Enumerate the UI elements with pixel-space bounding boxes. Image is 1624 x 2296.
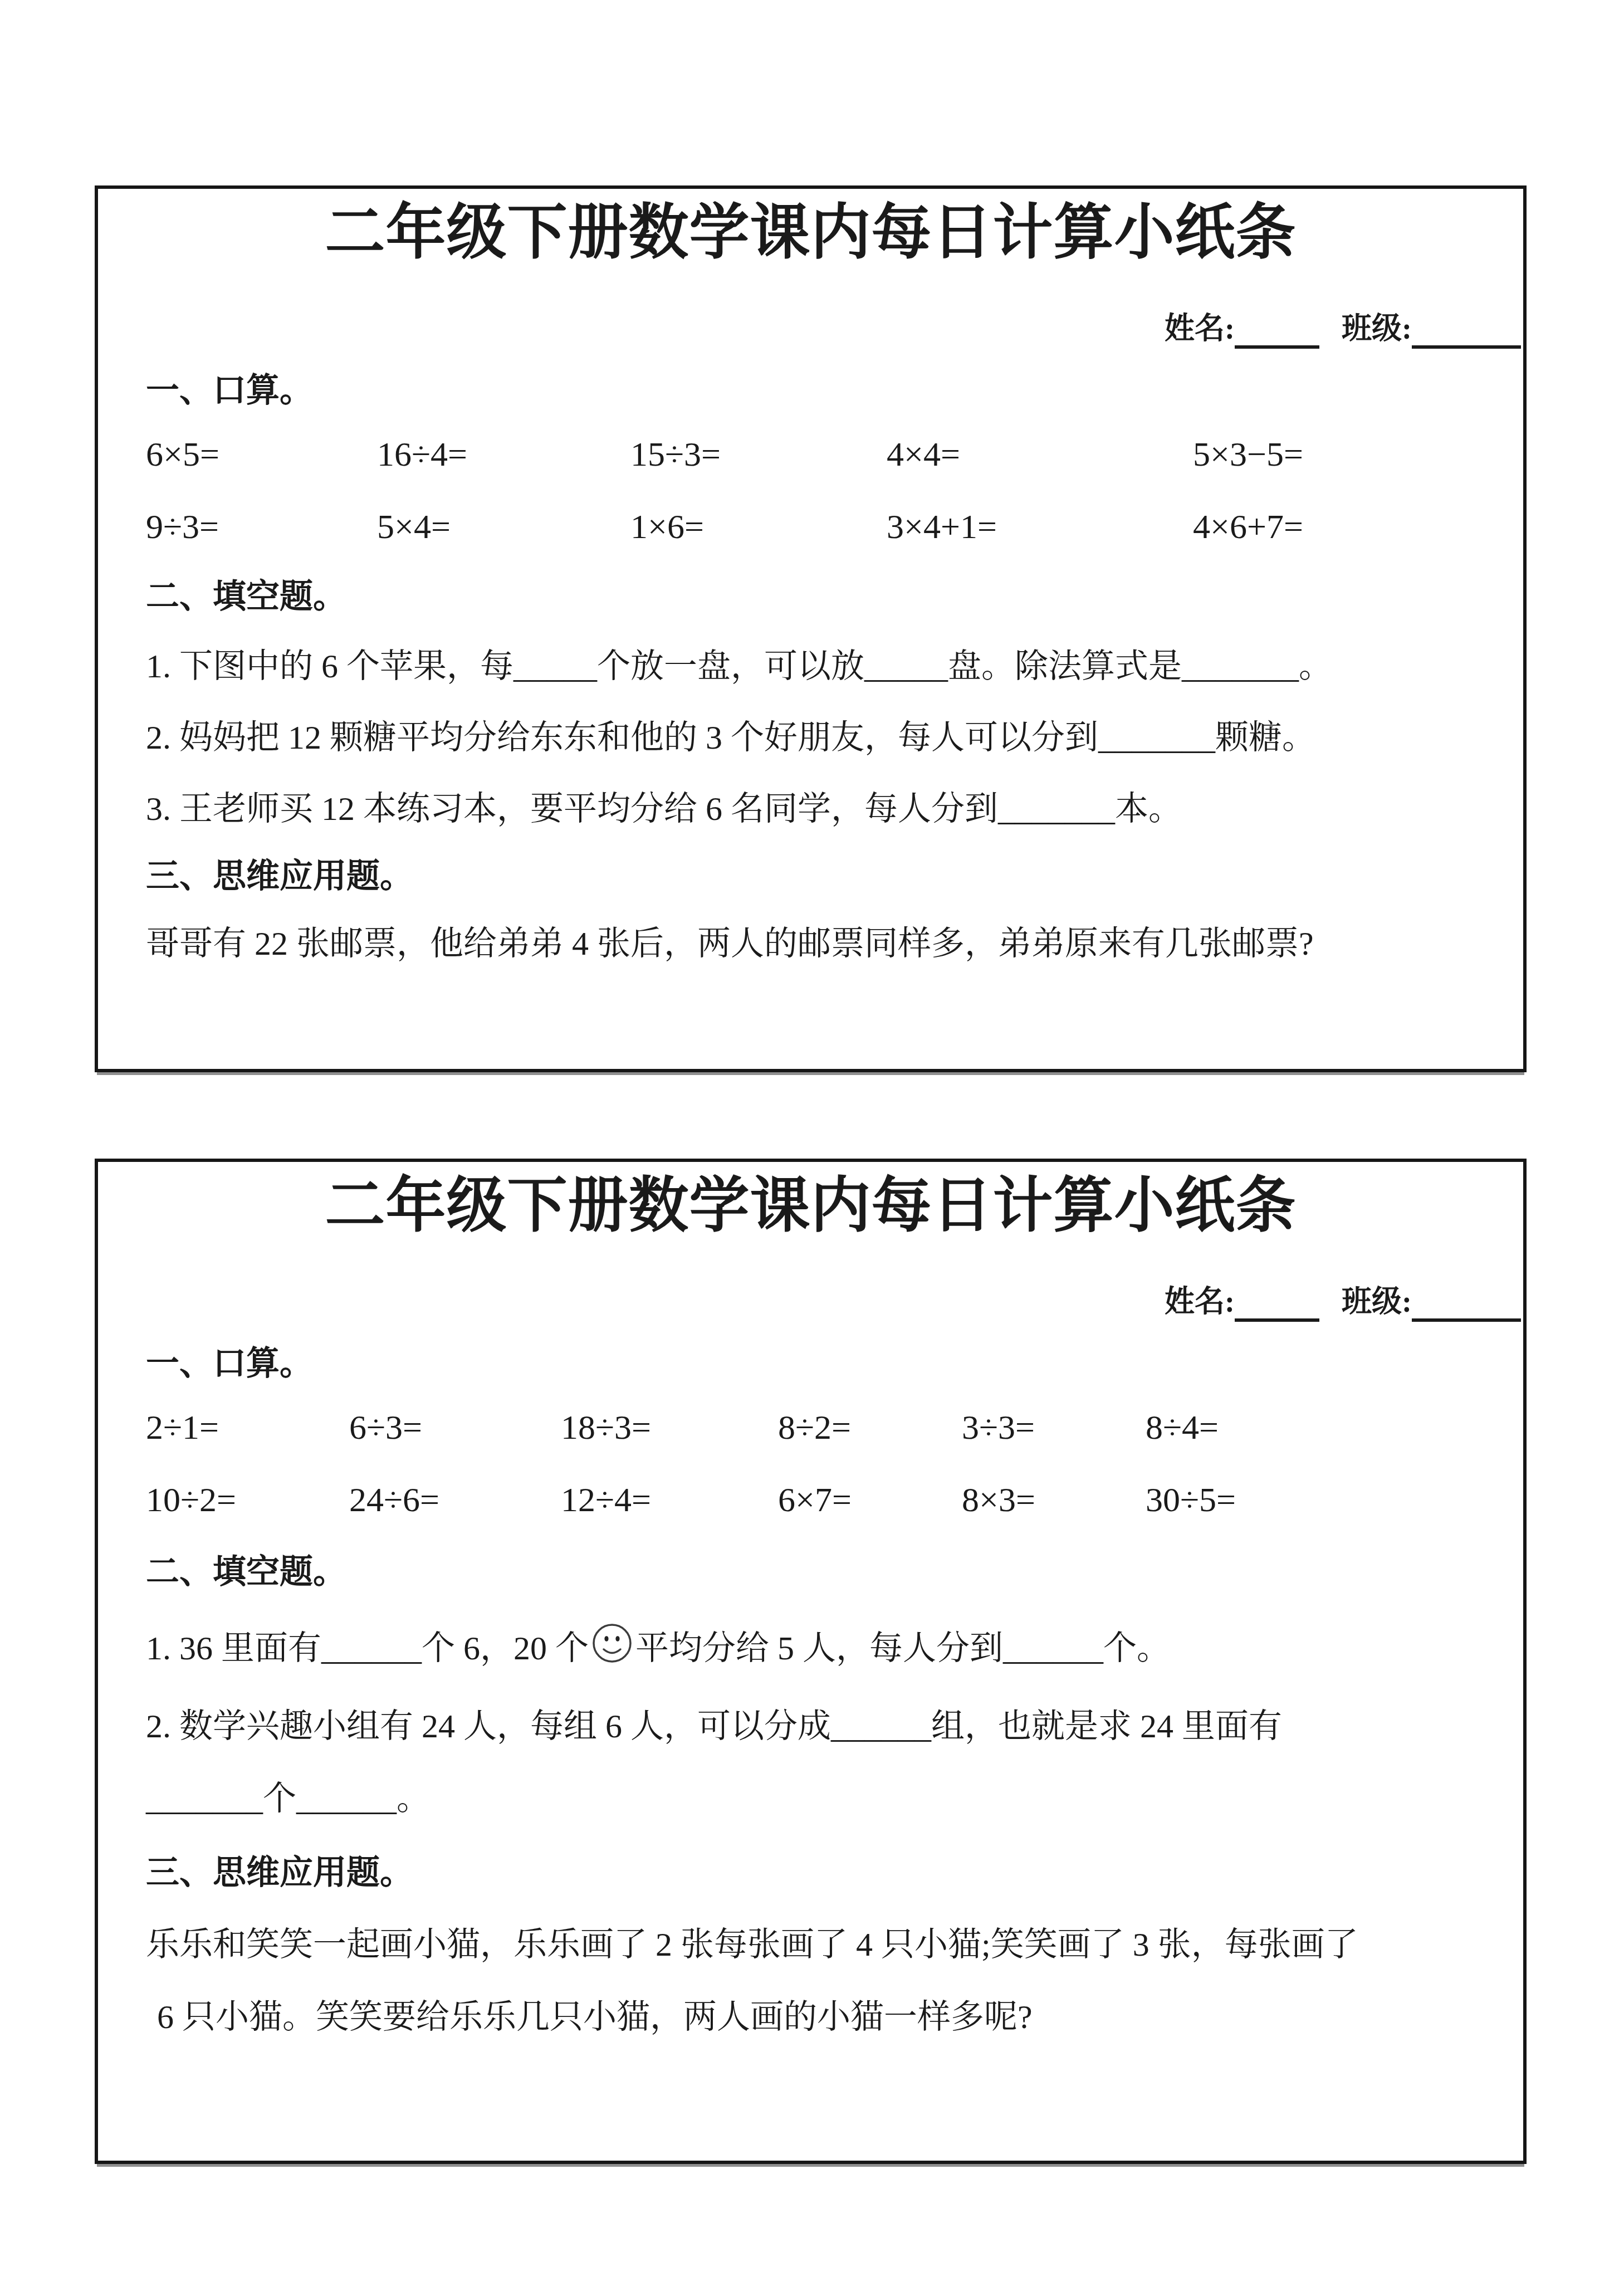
name-label: 姓名:: [1165, 1285, 1235, 1318]
worksheet-card-2: 二年级下册数学课内每日计算小纸条 姓名:班级: 一、口算。 2÷1= 6÷3= …: [95, 1159, 1527, 2164]
worksheet-card-1: 二年级下册数学课内每日计算小纸条 姓名:班级: 一、口算。 6×5= 16÷4=…: [95, 185, 1527, 1072]
oral-problems-row: 10÷2= 24÷6= 12÷4= 6×7= 8×3= 30÷5=: [146, 1481, 1475, 1519]
oral-problem: 1×6=: [630, 508, 887, 546]
name-blank-line: [1235, 1286, 1319, 1322]
student-info-row: 姓名:班级:: [146, 309, 1521, 349]
name-label: 姓名:: [1165, 312, 1235, 345]
oral-problem: 5×3−5=: [1193, 436, 1475, 473]
section-think-heading: 三、思维应用题。: [146, 858, 1475, 895]
fill-item-2: 2. 妈妈把 12 颗糖平均分给东东和他的 3 个好朋友，每人可以分到_____…: [146, 717, 1475, 758]
section-fill-heading: 二、填空题。: [146, 578, 1475, 615]
section-oral-heading: 一、口算。: [146, 372, 1475, 409]
oral-problem: 5×4=: [377, 508, 630, 546]
fill-item-1-text-before: 1. 36 里面有______个 6，20 个: [146, 1630, 589, 1667]
class-blank-line: [1412, 1286, 1521, 1322]
oral-problem: 4×6+7=: [1193, 508, 1475, 546]
oral-problem: 18÷3=: [561, 1409, 778, 1447]
fill-item-1-text-after: 平均分给 5 人，每人分到______个。: [635, 1630, 1170, 1667]
oral-problem: 8÷2=: [778, 1409, 962, 1447]
oral-problem: 6÷3=: [349, 1409, 561, 1447]
oral-problem: 3÷3=: [962, 1409, 1146, 1447]
oral-problem: 15÷3=: [630, 436, 887, 473]
oral-problem: 9÷3=: [146, 508, 377, 546]
think-problem-line-2: 6 只小猫。笑笑要给乐乐几只小猫，两人画的小猫一样多呢?: [146, 1997, 1475, 2037]
oral-problem: 4×4=: [887, 436, 1193, 473]
worksheet-title: 二年级下册数学课内每日计算小纸条: [146, 1172, 1475, 1241]
oral-problem: 10÷2=: [146, 1481, 349, 1519]
fill-item-1: 1. 36 里面有______个 6，20 个平均分给 5 人，每人分到____…: [146, 1628, 1475, 1668]
oral-problem: 24÷6=: [349, 1481, 561, 1519]
section-think-heading: 三、思维应用题。: [146, 1854, 1475, 1891]
worksheet-title: 二年级下册数学课内每日计算小纸条: [146, 199, 1475, 268]
section-fill-heading: 二、填空题。: [146, 1554, 1475, 1590]
oral-problem: 30÷5=: [1146, 1481, 1475, 1519]
oral-problems-row: 2÷1= 6÷3= 18÷3= 8÷2= 3÷3= 8÷4=: [146, 1409, 1475, 1447]
oral-problem: 12÷4=: [561, 1481, 778, 1519]
student-info-row: 姓名:班级:: [146, 1282, 1521, 1322]
oral-problem: 3×4+1=: [887, 508, 1193, 546]
class-blank-line: [1412, 313, 1521, 349]
oral-problems-row: 6×5= 16÷4= 15÷3= 4×4= 5×3−5=: [146, 436, 1475, 473]
fill-item-2-line-1: 2. 数学兴趣小组有 24 人，每组 6 人，可以分成______组，也就是求 …: [146, 1706, 1475, 1746]
class-label: 班级:: [1342, 1285, 1412, 1318]
oral-problems-row: 9÷3= 5×4= 1×6= 3×4+1= 4×6+7=: [146, 508, 1475, 546]
section-oral-heading: 一、口算。: [146, 1345, 1475, 1382]
oral-problem: 16÷4=: [377, 436, 630, 473]
think-problem-line-1: 乐乐和笑笑一起画小猫，乐乐画了 2 张每张画了 4 只小猫;笑笑画了 3 张，每…: [146, 1924, 1475, 1965]
smiley-face-icon: [590, 1619, 634, 1667]
oral-problem: 6×7=: [778, 1481, 962, 1519]
oral-problem: 6×5=: [146, 436, 377, 473]
think-problem-text: 哥哥有 22 张邮票，他给弟弟 4 张后，两人的邮票同样多，弟弟原来有几张邮票?: [146, 924, 1475, 964]
fill-item-3: 3. 王老师买 12 本练习本，要平均分给 6 名同学，每人分到_______本…: [146, 789, 1475, 829]
fill-item-1: 1. 下图中的 6 个苹果，每_____个放一盘，可以放_____盘。除法算式是…: [146, 646, 1475, 686]
oral-problem: 8×3=: [962, 1481, 1146, 1519]
fill-item-2-line-2: _______个______。: [146, 1779, 1475, 1819]
worksheet-page: 二年级下册数学课内每日计算小纸条 姓名:班级: 一、口算。 6×5= 16÷4=…: [0, 0, 1624, 2296]
class-label: 班级:: [1342, 312, 1412, 345]
oral-problem: 2÷1=: [146, 1409, 349, 1447]
name-blank-line: [1235, 313, 1319, 349]
oral-problem: 8÷4=: [1146, 1409, 1475, 1447]
